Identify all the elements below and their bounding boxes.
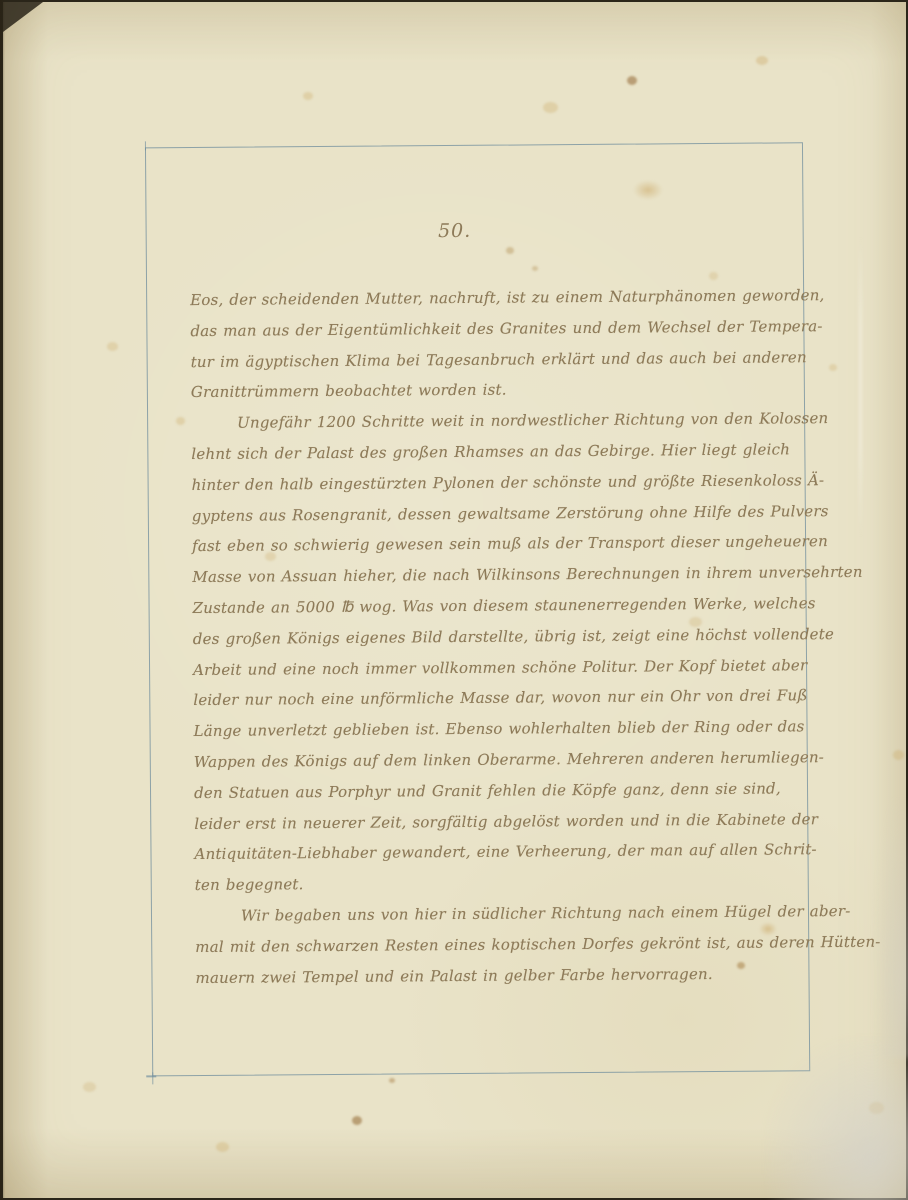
manuscript-line: Arbeit und eine noch immer vollkommen sc…	[193, 650, 808, 686]
manuscript-line: mal mit den schwarzen Resten eines kopti…	[195, 927, 810, 963]
manuscript-line: leider erst in neuerer Zeit, sorgfältig …	[194, 804, 809, 840]
manuscript-line: das man aus der Eigentümlichkeit des Gra…	[190, 311, 805, 347]
cut-corner	[3, 2, 43, 32]
manuscript-line: gyptens aus Rosengranit, dessen gewaltsa…	[192, 496, 807, 532]
frame-overshoot-line	[144, 141, 146, 150]
paper-crease	[859, 237, 862, 537]
manuscript-line: Zustande an 5000 ℔ wog. Was von diesem s…	[192, 588, 807, 624]
manuscript-line: tur im ägyptischen Klima bei Tagesanbruc…	[191, 342, 806, 378]
manuscript-line: leider nur noch eine unförmliche Masse d…	[193, 681, 808, 717]
manuscript-line: Länge unverletzt geblieben ist. Ebenso w…	[193, 711, 808, 747]
manuscript-text-block: Eos, der scheidenden Mutter, nachruft, i…	[190, 280, 811, 993]
manuscript-paragraph: Ungefähr 1200 Schritte weit in nordwestl…	[191, 403, 810, 901]
page-edge-shadow	[0, 0, 5, 1200]
paper-abrasion-patch	[874, 798, 908, 1058]
manuscript-line: des großen Königs eigenes Bild darstellt…	[193, 619, 808, 655]
manuscript-line: Masse von Assuan hieher, die nach Wilkin…	[192, 557, 807, 593]
manuscript-paragraph: Wir begaben uns von hier in südlicher Ri…	[195, 896, 811, 993]
manuscript-line: fast eben so schwierig gewesen sein muß …	[192, 527, 807, 563]
manuscript-line: Antiquitäten-Liebhaber gewandert, eine V…	[194, 835, 809, 871]
manuscript-line: Eos, der scheidenden Mutter, nachruft, i…	[190, 280, 805, 316]
manuscript-paragraph: Eos, der scheidenden Mutter, nachruft, i…	[190, 280, 806, 408]
paper-abrasion-patch	[766, 1038, 908, 1200]
manuscript-line: Ungefähr 1200 Schritte weit in nordwestl…	[191, 403, 806, 439]
manuscript-line: hinter den halb eingestürzten Pylonen de…	[191, 465, 806, 501]
album-page: 50. Eos, der scheidenden Mutter, nachruf…	[3, 2, 906, 1198]
manuscript-line: mauern zwei Tempel und ein Palast in gel…	[195, 958, 810, 994]
frame-overshoot-line	[152, 1072, 154, 1084]
manuscript-line: den Statuen aus Porphyr und Granit fehle…	[194, 773, 809, 809]
manuscript-line: Wir begaben uns von hier in südlicher Ri…	[195, 896, 810, 932]
manuscript-line: Granittrümmern beobachtet worden ist.	[191, 373, 806, 409]
manuscript-line: Wappen des Königs auf dem linken Oberarm…	[194, 742, 809, 778]
scanned-sheet: 50. Eos, der scheidenden Mutter, nachruf…	[0, 0, 908, 1200]
manuscript-line: lehnt sich der Palast des großen Rhamses…	[191, 434, 806, 470]
manuscript-line: ten begegnet.	[195, 865, 810, 901]
